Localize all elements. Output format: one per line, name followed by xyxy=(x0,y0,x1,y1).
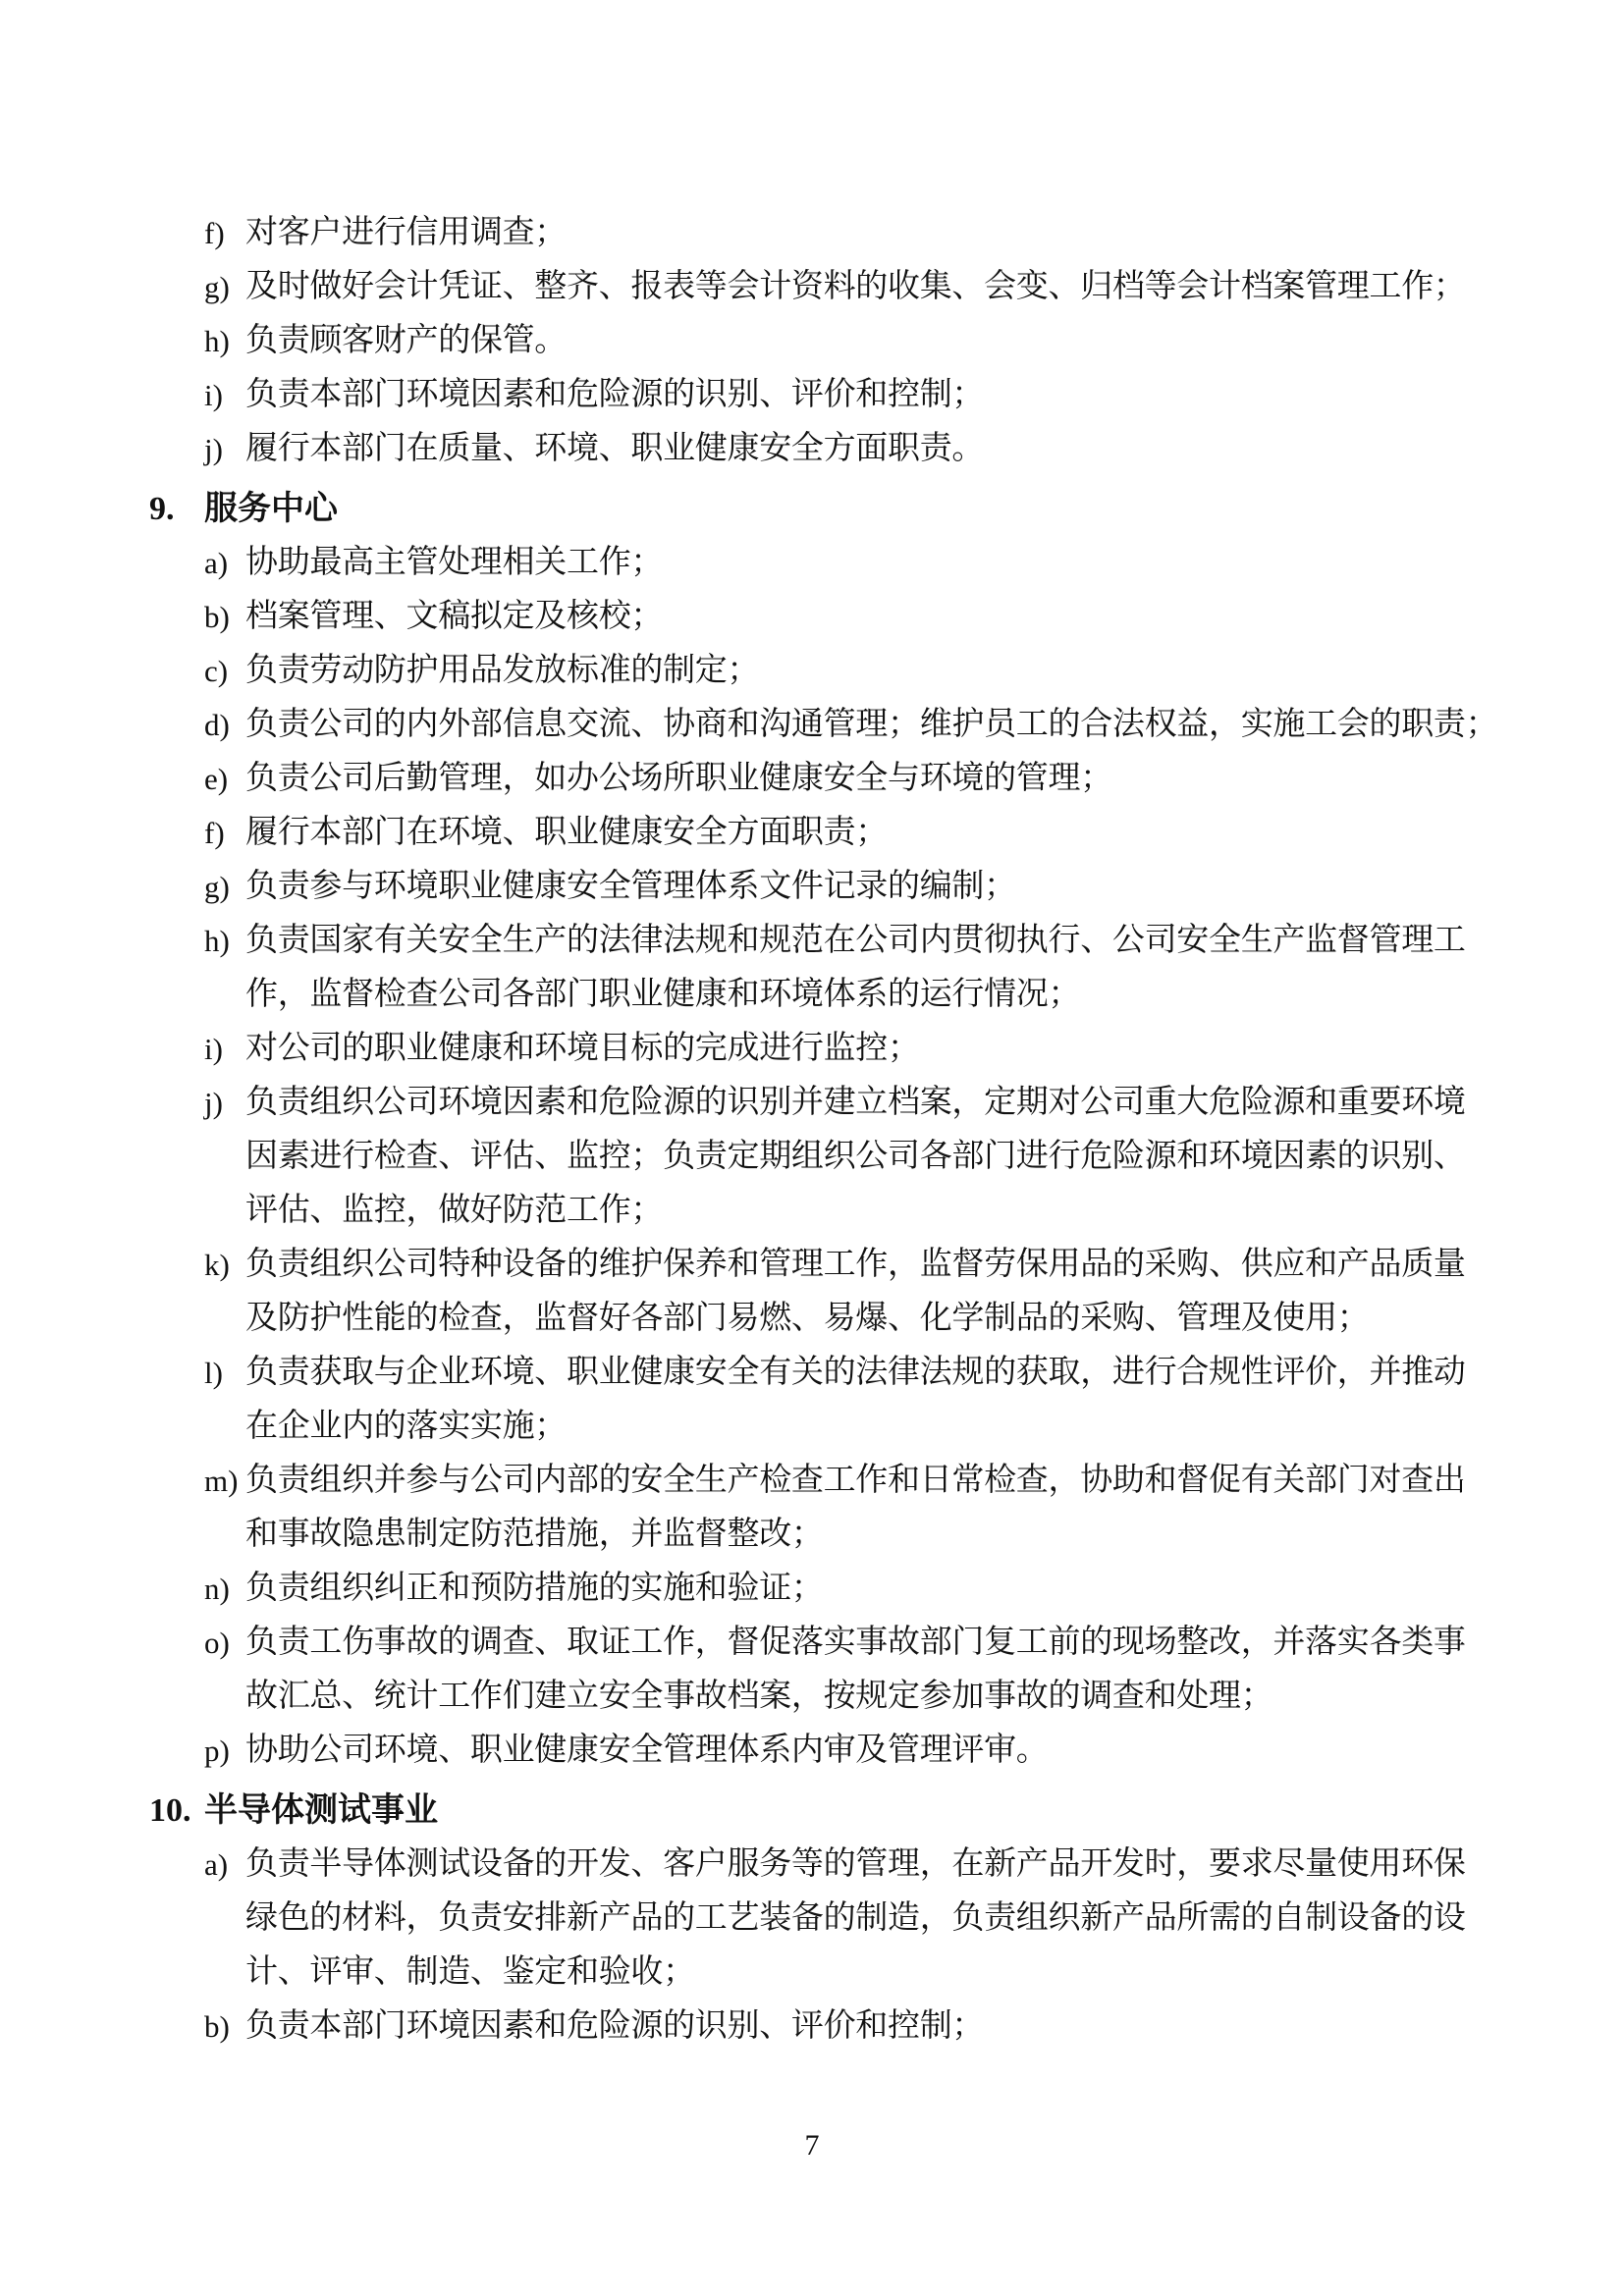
text-line: 负责组织并参与公司内部的安全生产检查工作和日常检查，协助和督促有关部门对查出 xyxy=(245,1454,1624,1508)
text-line: 协助公司环境、职业健康安全管理体系内审及管理评审。 xyxy=(245,1724,1624,1778)
item-label: b) xyxy=(204,590,230,644)
text-line: 负责工伤事故的调查、取证工作，督促落实事故部门复工前的现场整改，并落实各类事 xyxy=(245,1616,1624,1670)
list-item: i)负责本部门环境因素和危险源的识别、评价和控制； xyxy=(0,368,1624,422)
item-label: a) xyxy=(204,1838,228,1892)
list-item: j)履行本部门在质量、环境、职业健康安全方面职责。 xyxy=(0,422,1624,476)
text-line: 在企业内的落实实施； xyxy=(245,1400,1624,1454)
text-line: 对公司的职业健康和环境目标的完成进行监控； xyxy=(245,1022,1624,1076)
list-item: m)负责组织并参与公司内部的安全生产检查工作和日常检查，协助和督促有关部门对查出… xyxy=(0,1454,1624,1562)
item-label: b) xyxy=(204,2000,230,2054)
list-item: j)负责组织公司环境因素和危险源的识别并建立档案，定期对公司重大危险源和重要环境… xyxy=(0,1076,1624,1238)
list-item: n)负责组织纠正和预防措施的实施和验证； xyxy=(0,1562,1624,1616)
text-line: 负责本部门环境因素和危险源的识别、评价和控制； xyxy=(245,2000,1624,2054)
item-label: d) xyxy=(204,698,230,752)
item-label: j) xyxy=(204,1076,223,1130)
text-line: 负责参与环境职业健康安全管理体系文件记录的编制； xyxy=(245,860,1624,914)
list-item: e)负责公司后勤管理，如办公场所职业健康安全与环境的管理； xyxy=(0,752,1624,806)
text-line: 计、评审、制造、鉴定和验收； xyxy=(245,1946,1624,2000)
item-label: i) xyxy=(204,1022,223,1076)
text-line: 负责公司后勤管理，如办公场所职业健康安全与环境的管理； xyxy=(245,752,1624,806)
item-label: o) xyxy=(204,1616,230,1670)
item-label: k) xyxy=(204,1238,230,1292)
text-line: 档案管理、文稿拟定及核校； xyxy=(245,590,1624,644)
text-line: 负责顾客财产的保管。 xyxy=(245,314,1624,368)
section-number: 9. xyxy=(149,482,204,536)
text-line: 协助最高主管处理相关工作； xyxy=(245,536,1624,590)
text-line: 负责劳动防护用品发放标准的制定； xyxy=(245,644,1624,698)
list-item: f)对客户进行信用调查； xyxy=(0,206,1624,260)
item-label: i) xyxy=(204,368,223,422)
list-item: i)对公司的职业健康和环境目标的完成进行监控； xyxy=(0,1022,1624,1076)
text-line: 和事故隐患制定防范措施，并监督整改； xyxy=(245,1508,1624,1562)
list-item: f)履行本部门在环境、职业健康安全方面职责； xyxy=(0,806,1624,860)
item-label: l) xyxy=(204,1346,223,1400)
text-line: 负责半导体测试设备的开发、客户服务等的管理，在新产品开发时，要求尽量使用环保 xyxy=(245,1838,1624,1892)
text-line: 负责组织公司环境因素和危险源的识别并建立档案，定期对公司重大危险源和重要环境 xyxy=(245,1076,1624,1130)
text-line: 负责获取与企业环境、职业健康安全有关的法律法规的获取，进行合规性评价，并推动 xyxy=(245,1346,1624,1400)
item-label: f) xyxy=(204,206,225,260)
text-line: 负责组织公司特种设备的维护保养和管理工作，监督劳保用品的采购、供应和产品质量 xyxy=(245,1238,1624,1292)
list-item: g)负责参与环境职业健康安全管理体系文件记录的编制； xyxy=(0,860,1624,914)
section-heading: 9.服务中心 xyxy=(0,482,1624,536)
item-label: a) xyxy=(204,536,228,590)
list-item: a)负责半导体测试设备的开发、客户服务等的管理，在新产品开发时，要求尽量使用环保… xyxy=(0,1838,1624,2000)
list-item: a)协助最高主管处理相关工作； xyxy=(0,536,1624,590)
text-line: 负责本部门环境因素和危险源的识别、评价和控制； xyxy=(245,368,1624,422)
item-label: h) xyxy=(204,914,230,968)
list-item: c)负责劳动防护用品发放标准的制定； xyxy=(0,644,1624,698)
text-line: 及时做好会计凭证、整齐、报表等会计资料的收集、会变、归档等会计档案管理工作； xyxy=(245,260,1624,314)
list-item: b)档案管理、文稿拟定及核校； xyxy=(0,590,1624,644)
text-line: 履行本部门在质量、环境、职业健康安全方面职责。 xyxy=(245,422,1624,476)
list-item: k)负责组织公司特种设备的维护保养和管理工作，监督劳保用品的采购、供应和产品质量… xyxy=(0,1238,1624,1346)
item-label: m) xyxy=(204,1454,238,1508)
item-label: g) xyxy=(204,860,230,914)
list-item: d)负责公司的内外部信息交流、协商和沟通管理；维护员工的合法权益，实施工会的职责… xyxy=(0,698,1624,752)
section-title: 服务中心 xyxy=(204,491,338,527)
document-content: f)对客户进行信用调查；g)及时做好会计凭证、整齐、报表等会计资料的收集、会变、… xyxy=(0,206,1624,2054)
list-item: b)负责本部门环境因素和危险源的识别、评价和控制； xyxy=(0,2000,1624,2054)
list-item: o)负责工伤事故的调查、取证工作，督促落实事故部门复工前的现场整改，并落实各类事… xyxy=(0,1616,1624,1724)
list-item: h)负责国家有关安全生产的法律法规和规范在公司内贯彻执行、公司安全生产监督管理工… xyxy=(0,914,1624,1022)
item-label: h) xyxy=(204,314,230,368)
item-label: c) xyxy=(204,644,228,698)
text-line: 作，监督检查公司各部门职业健康和环境体系的运行情况； xyxy=(245,968,1624,1022)
section-heading: 10.半导体测试事业 xyxy=(0,1784,1624,1838)
list-item: l)负责获取与企业环境、职业健康安全有关的法律法规的获取，进行合规性评价，并推动… xyxy=(0,1346,1624,1454)
list-item: h)负责顾客财产的保管。 xyxy=(0,314,1624,368)
text-line: 评估、监控，做好防范工作； xyxy=(245,1184,1624,1238)
text-line: 负责组织纠正和预防措施的实施和验证； xyxy=(245,1562,1624,1616)
section-number: 10. xyxy=(149,1784,204,1838)
text-line: 负责国家有关安全生产的法律法规和规范在公司内贯彻执行、公司安全生产监督管理工 xyxy=(245,914,1624,968)
section-title: 半导体测试事业 xyxy=(204,1792,438,1829)
text-line: 故汇总、统计工作们建立安全事故档案，按规定参加事故的调查和处理； xyxy=(245,1670,1624,1724)
item-label: j) xyxy=(204,422,223,476)
document-page: f)对客户进行信用调查；g)及时做好会计凭证、整齐、报表等会计资料的收集、会变、… xyxy=(0,0,1624,2296)
text-line: 及防护性能的检查，监督好各部门易燃、易爆、化学制品的采购、管理及使用； xyxy=(245,1292,1624,1346)
page-number: 7 xyxy=(0,2128,1624,2163)
text-line: 对客户进行信用调查； xyxy=(245,206,1624,260)
list-item: g)及时做好会计凭证、整齐、报表等会计资料的收集、会变、归档等会计档案管理工作； xyxy=(0,260,1624,314)
item-label: p) xyxy=(204,1724,230,1778)
text-line: 因素进行检查、评估、监控；负责定期组织公司各部门进行危险源和环境因素的识别、 xyxy=(245,1130,1624,1184)
item-label: g) xyxy=(204,260,230,314)
list-item: p)协助公司环境、职业健康安全管理体系内审及管理评审。 xyxy=(0,1724,1624,1778)
item-label: f) xyxy=(204,806,225,860)
text-line: 负责公司的内外部信息交流、协商和沟通管理；维护员工的合法权益，实施工会的职责； xyxy=(245,698,1624,752)
text-line: 绿色的材料，负责安排新产品的工艺装备的制造，负责组织新产品所需的自制设备的设 xyxy=(245,1892,1624,1946)
item-label: e) xyxy=(204,752,228,806)
text-line: 履行本部门在环境、职业健康安全方面职责； xyxy=(245,806,1624,860)
item-label: n) xyxy=(204,1562,230,1616)
